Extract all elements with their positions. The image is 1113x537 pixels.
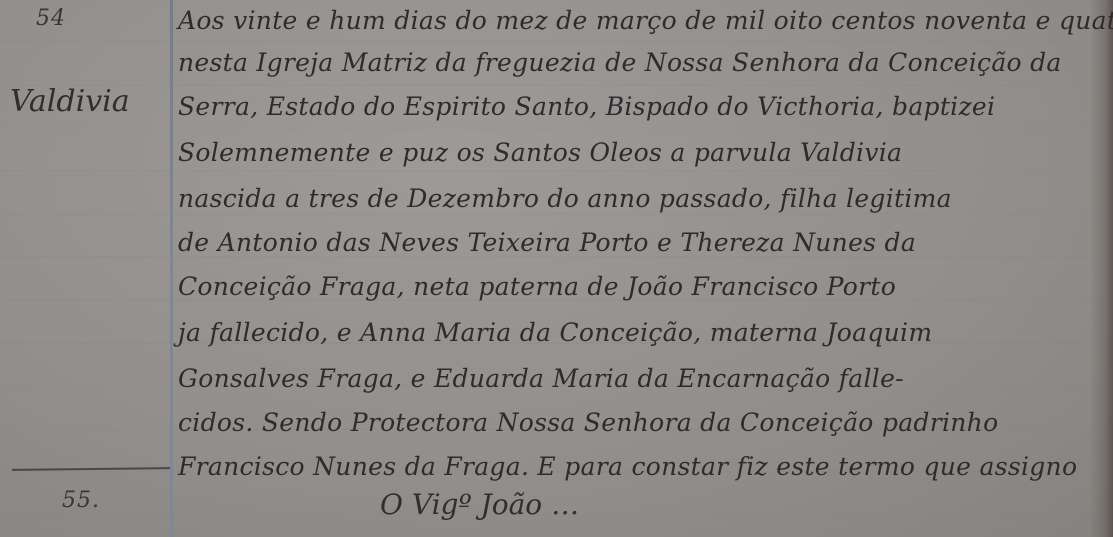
text-line-6: de Antonio das Neves Teixeira Porto e Th… bbox=[178, 228, 916, 257]
text-line-4: Solemnemente e puz os Santos Oleos a par… bbox=[178, 138, 902, 167]
text-line-10: cidos. Sendo Protectora Nossa Senhora da… bbox=[178, 408, 998, 437]
text-line-11: Francisco Nunes da Fraga. E para constar… bbox=[178, 452, 1077, 481]
text-line-7: Conceição Fraga, neta paterna de João Fr… bbox=[178, 272, 896, 301]
text-line-8: ja fallecido, e Anna Maria da Conceição,… bbox=[178, 318, 932, 347]
text-line-1: Aos vinte e hum dias do mez de março de … bbox=[178, 6, 1113, 35]
register-page: 54 Valdivia 55. Aos vinte e hum dias do … bbox=[0, 0, 1113, 537]
entry-number-55: 55. bbox=[62, 488, 100, 513]
text-line-5: nascida a tres de Dezembro do anno passa… bbox=[178, 184, 952, 213]
text-line-3: Serra, Estado do Espirito Santo, Bispado… bbox=[178, 92, 995, 121]
priest-signature: O Vigº João … bbox=[380, 488, 579, 521]
text-line-2: nesta Igreja Matriz da freguezia de Noss… bbox=[178, 48, 1062, 77]
entry-number-54: 54 bbox=[36, 6, 66, 31]
text-line-9: Gonsalves Fraga, e Eduarda Maria da Enca… bbox=[178, 364, 904, 393]
entry-separator-line bbox=[12, 467, 170, 471]
margin-rule-line bbox=[170, 0, 173, 537]
entry-name-label: Valdivia bbox=[10, 84, 130, 119]
